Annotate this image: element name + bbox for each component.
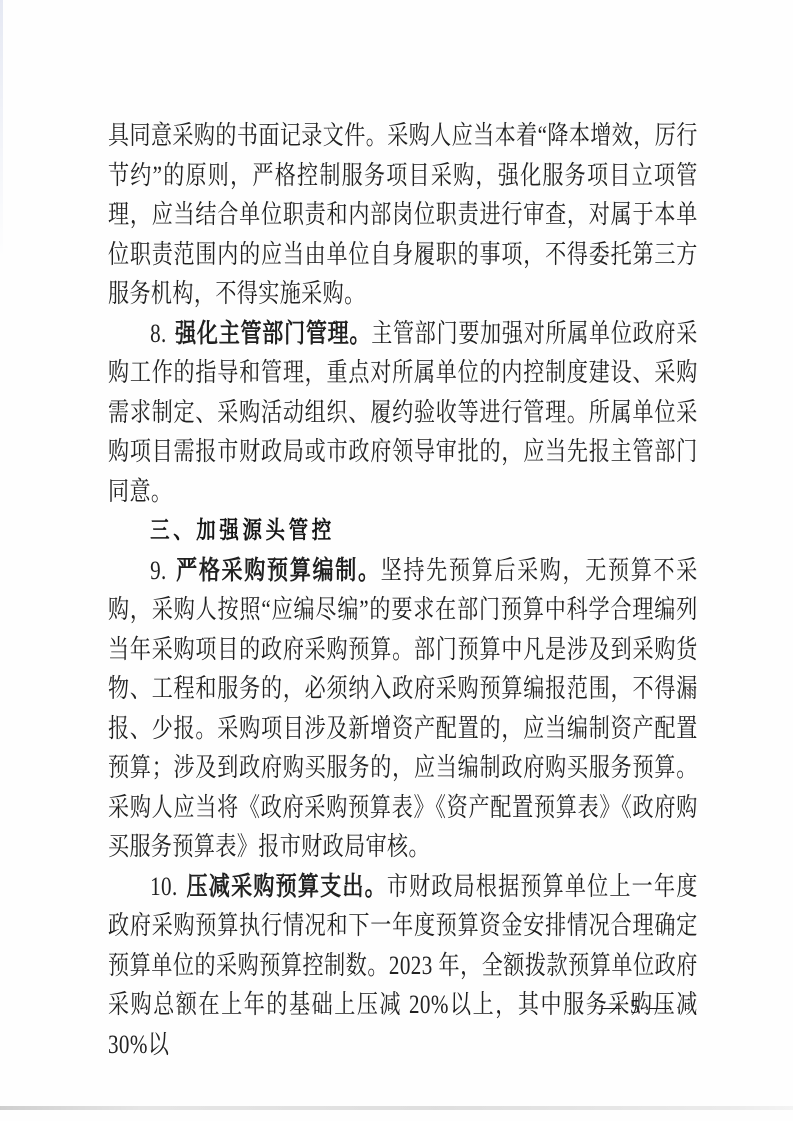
paragraph-item-9: 9.严格采购预算编制。坚持先预算后采购，无预算不采购，采购人按照“应编尽编”的要… [108,551,698,867]
scan-artifact-left-edge [0,0,3,260]
paragraph-item-8: 8.强化主管部门管理。主管部门要加强对所属单位政府采购工作的指导和管理，重点对所… [108,314,698,512]
page-number: — 5 — [601,996,671,1019]
document-page: 具同意采购的书面记录文件。采购人应当本着“降本增效，厉行节约”的原则，严格控制服… [0,0,793,1121]
paragraph-item-10: 10.压减采购预算支出。市财政局根据预算单位上一年度政府采购预算执行情况和下一年… [108,867,698,1065]
item-10-lead: 压减采购预算支出。 [186,872,387,901]
item-9-number: 9. [150,556,167,585]
document-body: 具同意采购的书面记录文件。采购人应当本着“降本增效，厉行节约”的原则，严格控制服… [108,116,698,1064]
item-8-lead: 强化主管部门管理。 [175,319,371,348]
item-9-lead: 严格采购预算编制。 [175,556,381,585]
item-10-number: 10. [150,872,178,901]
scan-artifact-bottom-edge [0,1106,793,1110]
section-3-heading: 三、加强源头管控 [108,511,698,551]
item-9-body: 坚持先预算后采购，无预算不采购，采购人按照“应编尽编”的要求在部门预算中科学合理… [108,556,698,862]
item-8-number: 8. [150,319,167,348]
paragraph-continuation: 具同意采购的书面记录文件。采购人应当本着“降本增效，厉行节约”的原则，严格控制服… [108,116,698,314]
